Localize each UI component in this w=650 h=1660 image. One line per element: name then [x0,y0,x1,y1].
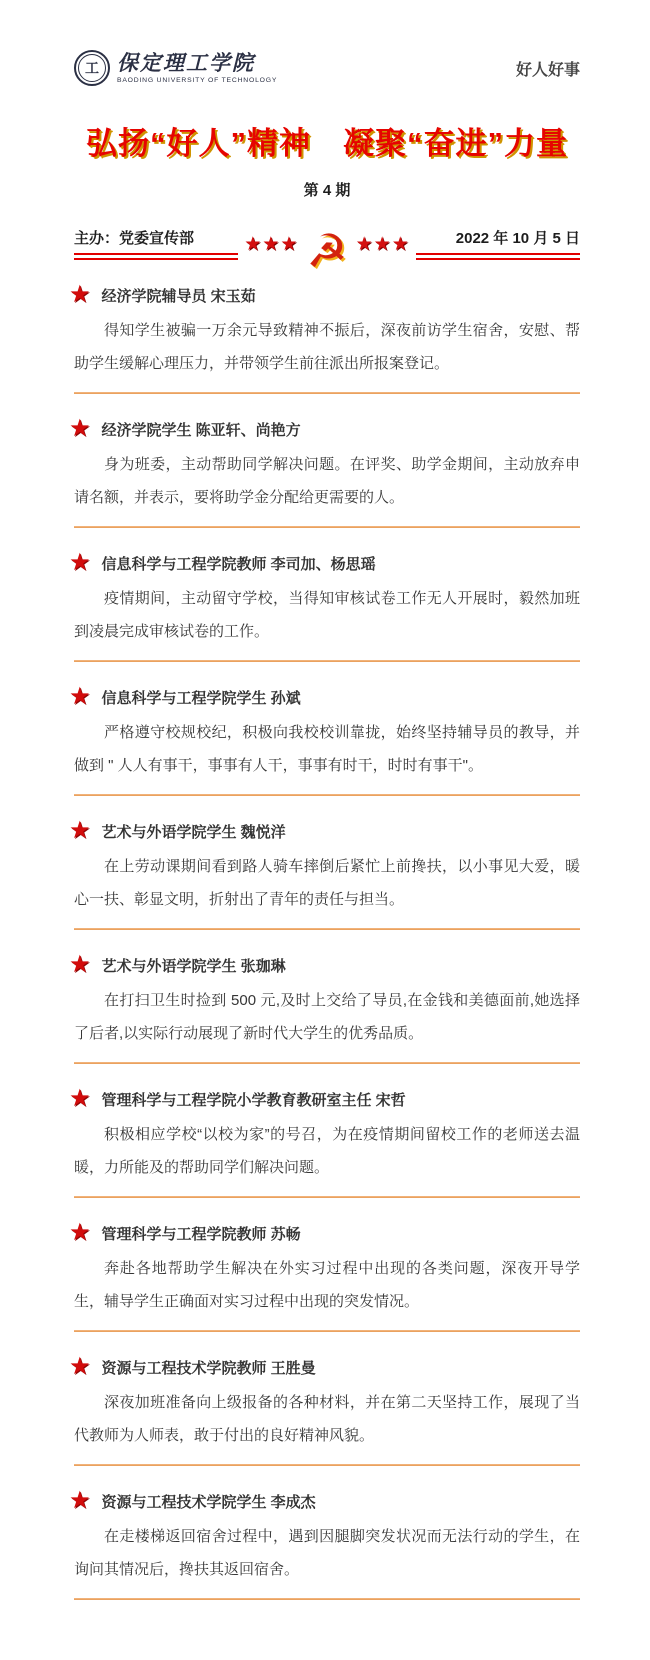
entry-title: 信息科学与工程学院学生 孙斌 [102,687,301,708]
entry-title: 经济学院辅导员 宋玉茹 [102,285,256,306]
logo-name-en: BAODING UNIVERSITY OF TECHNOLOGY [117,77,277,84]
newsletter-page: 工 保定理工学院 BAODING UNIVERSITY OF TECHNOLOG… [0,50,650,1660]
stars-right-icon: ★★★ [356,235,410,254]
divider [74,1330,580,1332]
divider [74,660,580,662]
page-title: 弘扬“好人”精神 凝聚“奋进”力量 [74,118,580,163]
organizer-label: 主办：党委宣传部 [74,227,238,248]
stars-left-icon: ★★★ [244,235,298,254]
university-logo: 工 保定理工学院 BAODING UNIVERSITY OF TECHNOLOG… [74,50,277,86]
entry-title: 资源与工程技术学院学生 李成杰 [102,1491,316,1512]
entry-3: ★ 信息科学与工程学院教师 李司加、杨思瑶 疫情期间，主动留守学校，当得知审核试… [74,551,580,662]
star-icon: ★ [69,283,91,307]
party-emblem-icon: ☭ [306,228,347,274]
entry-2: ★ 经济学院学生 陈亚轩、尚艳方 身为班委，主动帮助同学解决问题。在评奖、助学金… [74,417,580,528]
entry-10: ★ 资源与工程技术学院学生 李成杰 在走楼梯返回宿舍过程中，遇到因腿脚突发状况而… [74,1489,580,1600]
masthead: 工 保定理工学院 BAODING UNIVERSITY OF TECHNOLOG… [74,50,580,86]
entry-body: 在打扫卫生时捡到 500 元,及时上交给了导员,在金钱和美德面前,她选择了后者,… [74,984,580,1050]
entry-title: 资源与工程技术学院教师 王胜曼 [102,1357,316,1378]
corner-label: 好人好事 [516,57,580,80]
seal-letter: 工 [78,54,106,82]
red-double-line-right [416,253,580,260]
star-icon: ★ [69,685,91,709]
university-seal-icon: 工 [74,50,110,86]
divider [74,794,580,796]
entry-header: ★ 信息科学与工程学院教师 李司加、杨思瑶 [69,551,580,575]
entry-body: 奔赴各地帮助学生解决在外实习过程中出现的各类问题，深夜开导学生，辅导学生正确面对… [74,1252,580,1318]
entry-1: ★ 经济学院辅导员 宋玉茹 得知学生被骗一万余元导致精神不振后，深夜前访学生宿舍… [74,283,580,394]
red-double-line-left [74,253,238,260]
star-icon: ★ [69,819,91,843]
entry-title: 艺术与外语学院学生 魏悦洋 [102,821,286,842]
band-left: 主办：党委宣传部 [74,227,238,260]
divider [74,1062,580,1064]
entry-header: ★ 资源与工程技术学院学生 李成杰 [69,1489,580,1513]
band-right: 2022 年 10 月 5 日 [416,227,580,260]
entry-title: 管理科学与工程学院教师 苏畅 [102,1223,301,1244]
divider [74,1196,580,1198]
star-icon: ★ [69,551,91,575]
entry-body: 深夜加班准备向上级报备的各种材料，并在第二天坚持工作，展现了当代教师为人师表，敢… [74,1386,580,1452]
entry-header: ★ 管理科学与工程学院小学教育教研室主任 宋哲 [69,1087,580,1111]
entry-body: 得知学生被骗一万余元导致精神不振后，深夜前访学生宿舍，安慰、帮助学生缓解心理压力… [74,314,580,380]
entry-header: ★ 艺术与外语学院学生 张珈琳 [69,953,580,977]
entry-header: ★ 资源与工程技术学院教师 王胜曼 [69,1355,580,1379]
star-icon: ★ [69,1355,91,1379]
entry-header: ★ 经济学院辅导员 宋玉茹 [69,283,580,307]
logo-name-cn: 保定理工学院 [117,52,277,75]
star-icon: ★ [69,1221,91,1245]
entry-7: ★ 管理科学与工程学院小学教育教研室主任 宋哲 积极相应学校“以校为家”的号召，… [74,1087,580,1198]
issue-date: 2022 年 10 月 5 日 [416,227,580,248]
band-center: ★★★ ☭ ★★★ [238,214,415,260]
divider [74,1598,580,1600]
entry-9: ★ 资源与工程技术学院教师 王胜曼 深夜加班准备向上级报备的各种材料，并在第二天… [74,1355,580,1466]
entry-8: ★ 管理科学与工程学院教师 苏畅 奔赴各地帮助学生解决在外实习过程中出现的各类问… [74,1221,580,1332]
entry-body: 在走楼梯返回宿舍过程中，遇到因腿脚突发状况而无法行动的学生，在询问其情况后，搀扶… [74,1520,580,1586]
entry-body: 疫情期间，主动留守学校，当得知审核试卷工作无人开展时，毅然加班到凌晨完成审核试卷… [74,582,580,648]
entry-header: ★ 艺术与外语学院学生 魏悦洋 [69,819,580,843]
divider [74,928,580,930]
entry-header: ★ 信息科学与工程学院学生 孙斌 [69,685,580,709]
entry-6: ★ 艺术与外语学院学生 张珈琳 在打扫卫生时捡到 500 元,及时上交给了导员,… [74,953,580,1064]
star-icon: ★ [69,417,91,441]
entry-list: ★ 经济学院辅导员 宋玉茹 得知学生被骗一万余元导致精神不振后，深夜前访学生宿舍… [74,283,580,1600]
entry-4: ★ 信息科学与工程学院学生 孙斌 严格遵守校规校纪，积极向我校校训靠拢，始终坚持… [74,685,580,796]
entry-body: 在上劳动课期间看到路人骑车摔倒后紧忙上前搀扶，以小事见大爱，暖心一扶、彰显文明，… [74,850,580,916]
logo-text: 保定理工学院 BAODING UNIVERSITY OF TECHNOLOGY [117,52,277,85]
entry-title: 信息科学与工程学院教师 李司加、杨思瑶 [102,553,376,574]
entry-title: 管理科学与工程学院小学教育教研室主任 宋哲 [102,1089,406,1110]
divider [74,526,580,528]
issue-number: 第 4 期 [74,179,580,200]
entry-body: 身为班委，主动帮助同学解决问题。在评奖、助学金期间，主动放弃申请名额，并表示，要… [74,448,580,514]
entry-body: 积极相应学校“以校为家”的号召，为在疫情期间留校工作的老师送去温暖，力所能及的帮… [74,1118,580,1184]
entry-5: ★ 艺术与外语学院学生 魏悦洋 在上劳动课期间看到路人骑车摔倒后紧忙上前搀扶，以… [74,819,580,930]
star-icon: ★ [69,953,91,977]
star-icon: ★ [69,1489,91,1513]
entry-body: 严格遵守校规校纪，积极向我校校训靠拢，始终坚持辅导员的教导，并做到 " 人人有事… [74,716,580,782]
entry-header: ★ 管理科学与工程学院教师 苏畅 [69,1221,580,1245]
entry-title: 艺术与外语学院学生 张珈琳 [102,955,286,976]
star-icon: ★ [69,1087,91,1111]
divider [74,1464,580,1466]
header-band: 主办：党委宣传部 ★★★ ☭ ★★★ 2022 年 10 月 5 日 [74,210,580,260]
divider [74,392,580,394]
entry-header: ★ 经济学院学生 陈亚轩、尚艳方 [69,417,580,441]
entry-title: 经济学院学生 陈亚轩、尚艳方 [102,419,301,440]
